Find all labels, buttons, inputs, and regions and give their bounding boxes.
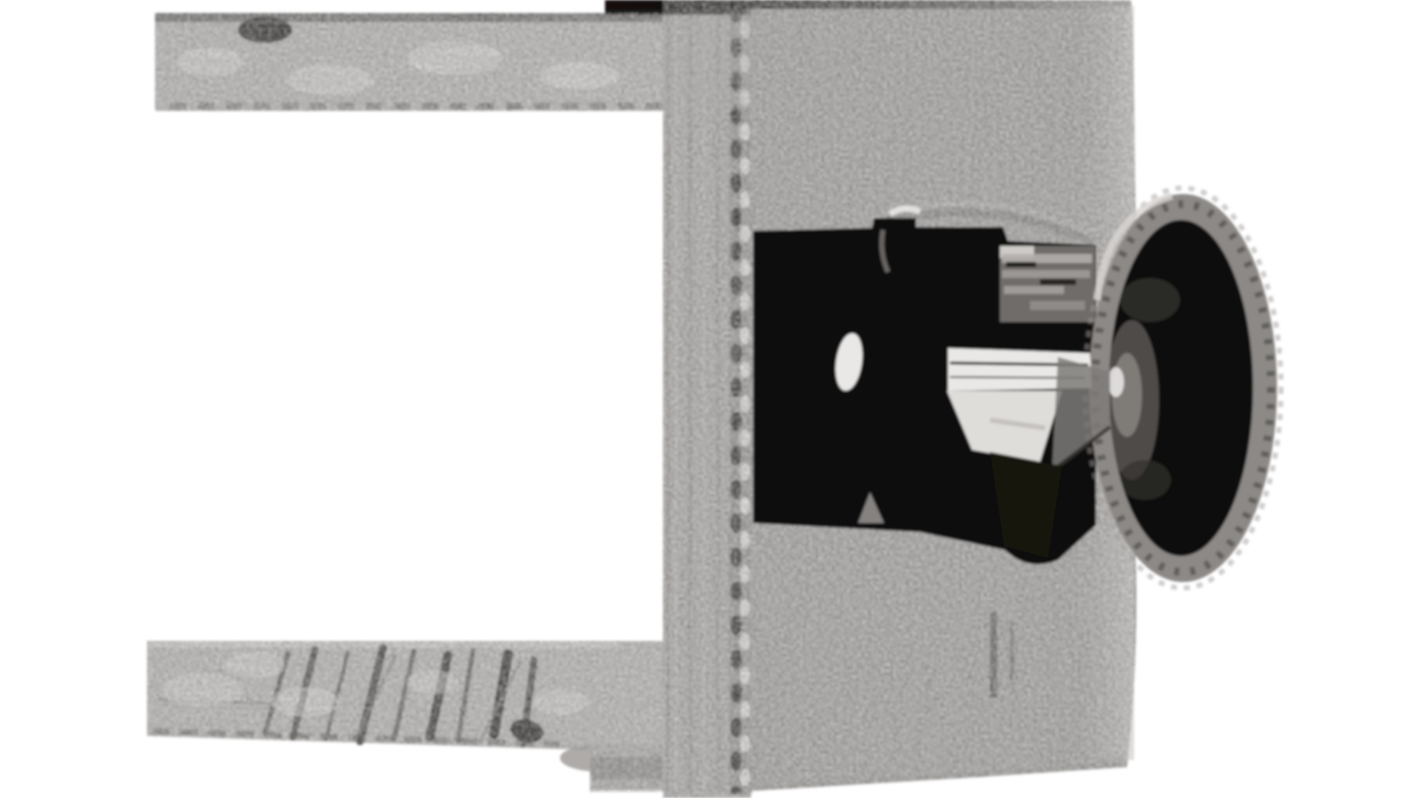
product-photo-stage: Grayscale product photograph of a PCB ed…	[0, 0, 1420, 798]
barrel-thread-patch	[1000, 246, 1095, 322]
connector-photo: Grayscale product photograph of a PCB ed…	[0, 0, 1420, 798]
